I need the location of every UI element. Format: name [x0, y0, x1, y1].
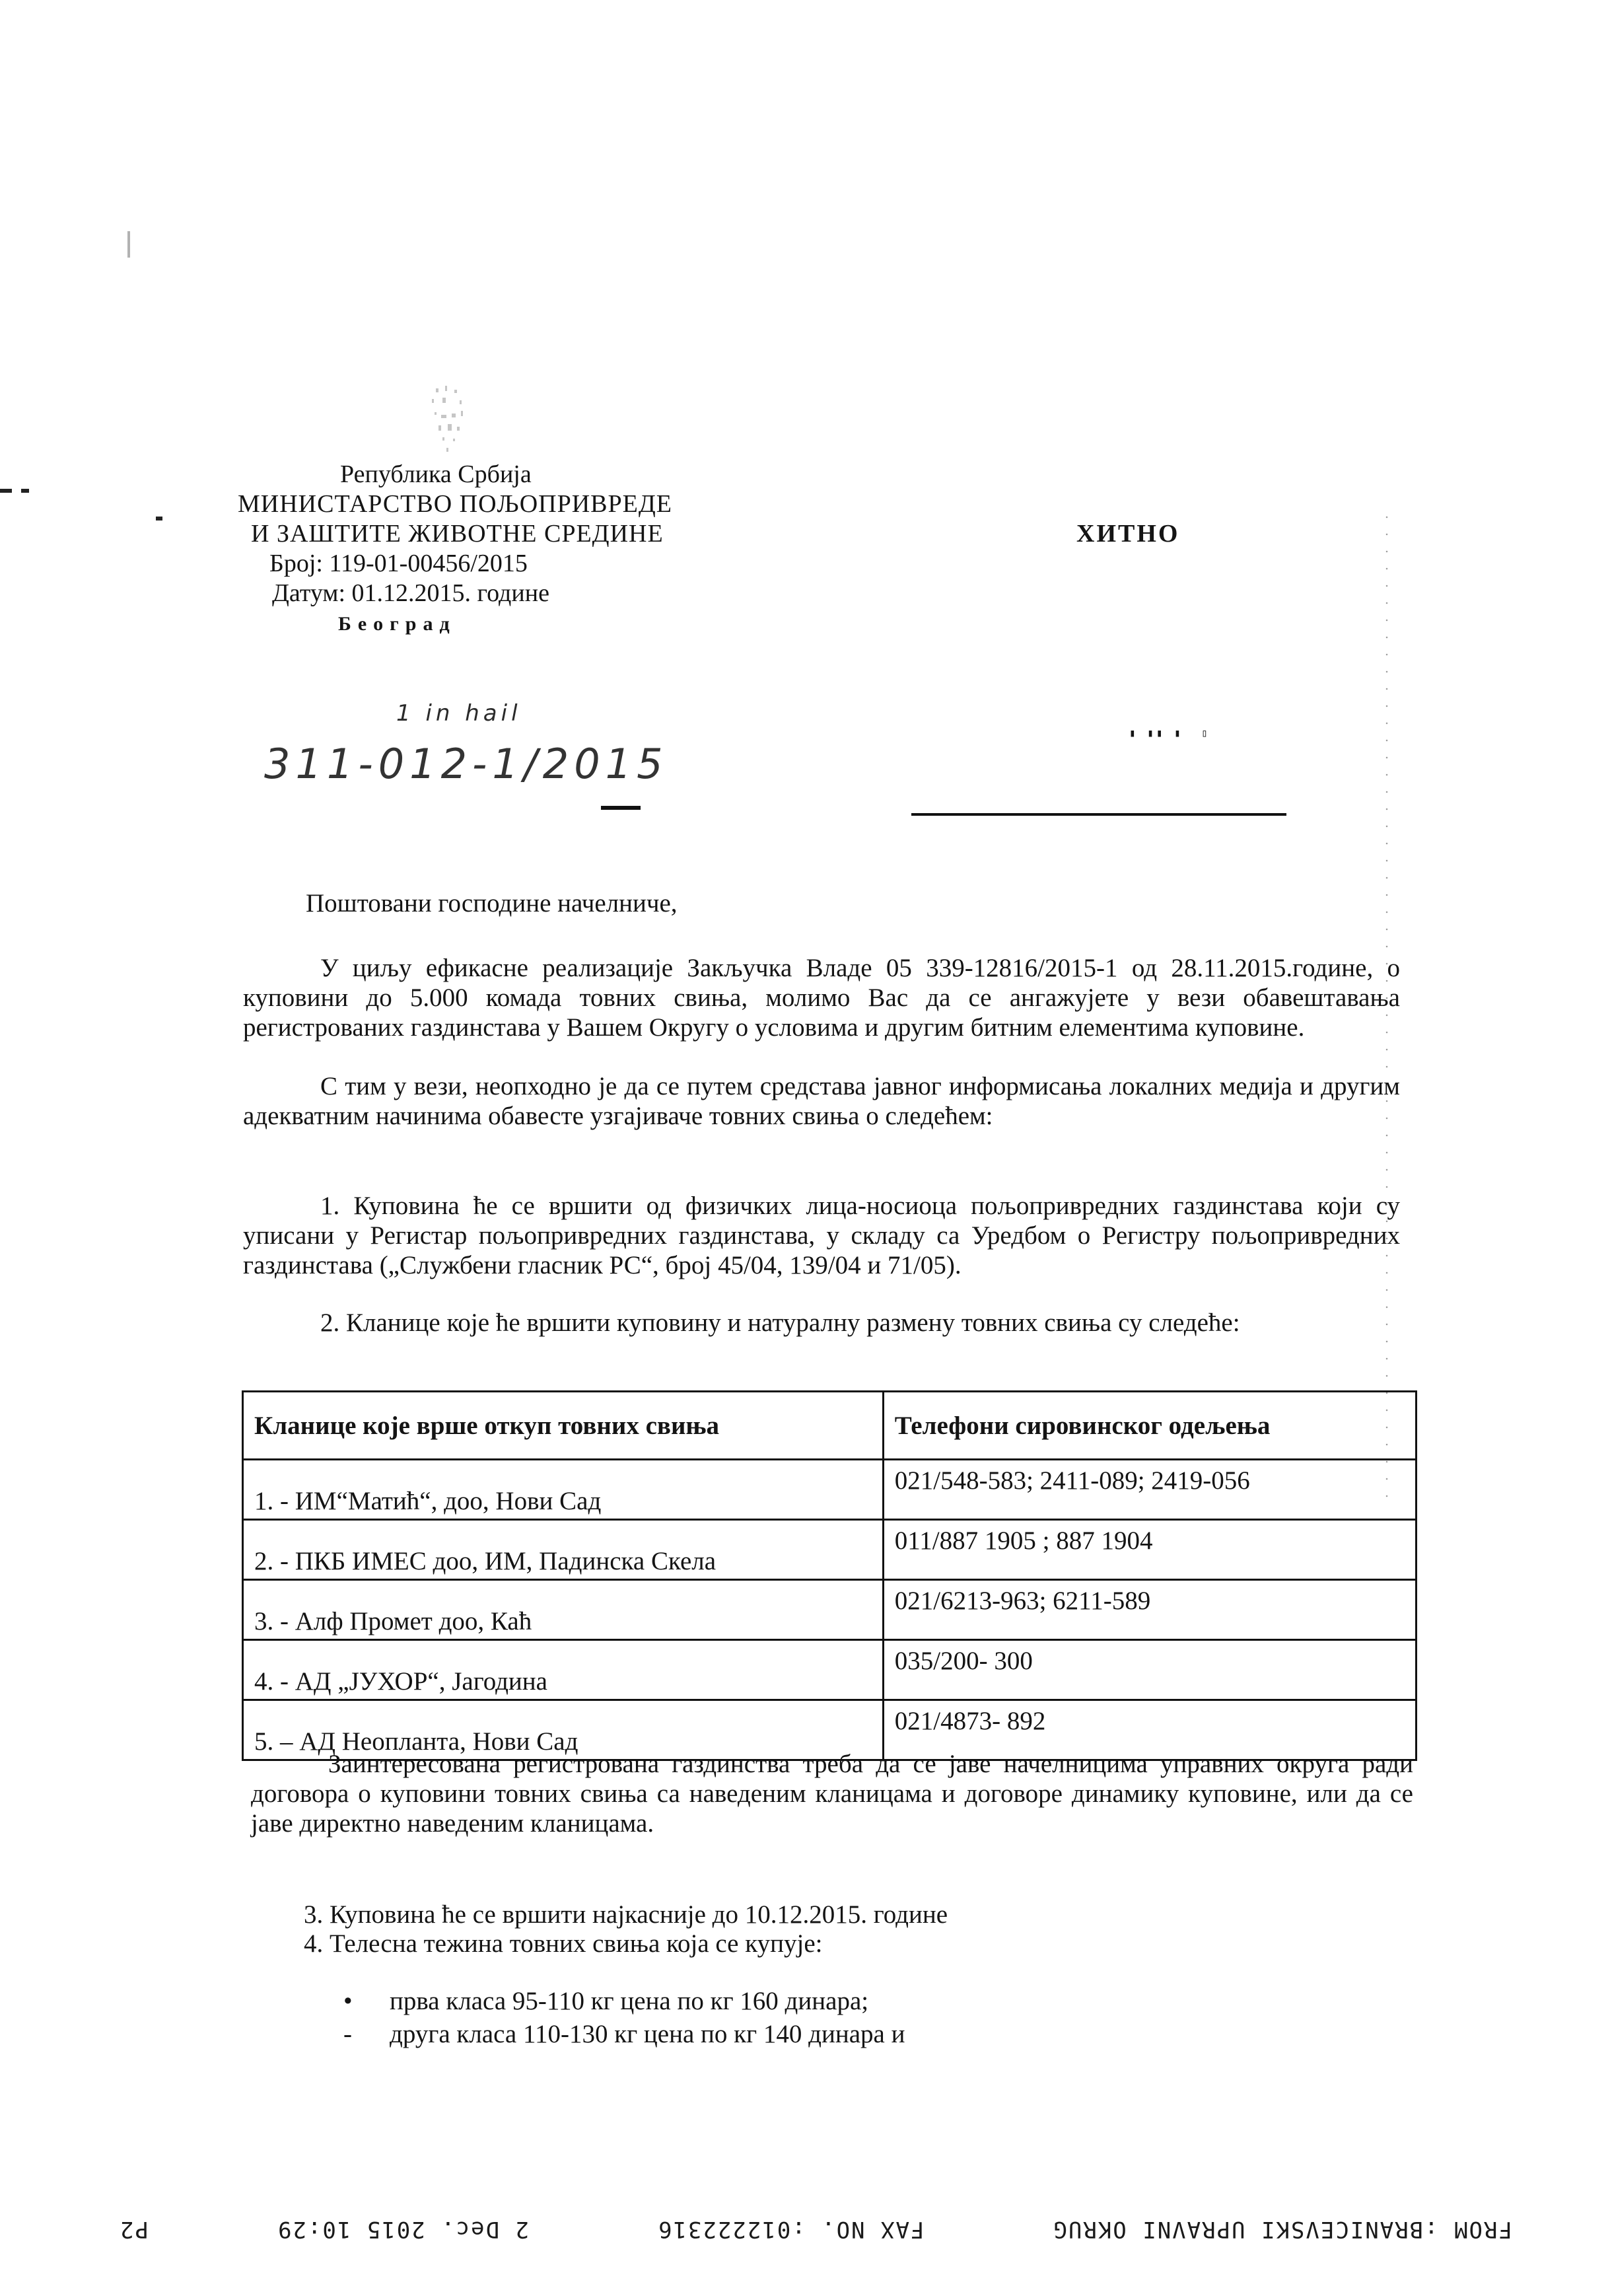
fax-datetime: 2 Dec. 2015 10:29 [277, 2216, 529, 2242]
recipient-line [911, 813, 1286, 816]
document-number: Број: 119-01-00456/2015 [269, 548, 528, 579]
header-republic: Република Србија [340, 459, 532, 489]
handwritten-registration-number: 311-012-1/2015 [264, 740, 668, 788]
item-weight: 4. Телесна тежина товних свиња која се к… [304, 1929, 822, 1958]
fax-from: FROM :BRANICEVSKI UPRAVNI OKRUG [1052, 2216, 1512, 2242]
salutation: Поштовани господине начелниче, [306, 888, 678, 918]
slaughterhouse-phone: 035/200- 300 [883, 1640, 1416, 1700]
fax-page: P2 [119, 2216, 149, 2242]
fax-transmission-header: FROM :BRANICEVSKI UPRAVNI OKRUG FAX NO. … [119, 2216, 1512, 2242]
paragraph-contact-instructions: Заинтересована регистрована газдинства т… [251, 1749, 1413, 1838]
table-row: 4. - АД „ЈУХОР“, Јагодина 035/200- 300 [243, 1640, 1417, 1700]
paragraph-item-1-text: 1. Куповина ће се вршити од физичких лиц… [243, 1191, 1400, 1280]
table-row: 2. - ПКБ ИМЕС доо, ИМ, Падинска Скела 01… [243, 1520, 1417, 1580]
slaughterhouse-table: Кланице које врше откуп товних свиња Тел… [242, 1390, 1417, 1761]
paragraph-notification: С тим у вези, неопходно је да се путем с… [243, 1071, 1400, 1131]
slaughterhouse-name: 2. - ПКБ ИМЕС доо, ИМ, Падинска Скела [243, 1520, 884, 1580]
paragraph-notification-text: С тим у вези, неопходно је да се путем с… [243, 1071, 1400, 1131]
scan-speck [21, 489, 29, 493]
handwritten-underline [601, 806, 641, 810]
paragraph-item-2: 2. Кланице које ће вршити куповину и нат… [243, 1308, 1400, 1338]
bullet-marker: • [343, 1985, 390, 2018]
scanned-fax-page: Република Србија МИНИСТАРСТВО ПОЉОПРИВРЕ… [0, 0, 1610, 2296]
slaughterhouse-phone: 021/548-583; 2411-089; 2419-056 [883, 1460, 1416, 1520]
slaughterhouse-name: 4. - АД „ЈУХОР“, Јагодина [243, 1640, 884, 1700]
header-ministry-line2: И ЗАШТИТЕ ЖИВОТНЕ СРЕДИНЕ [251, 519, 664, 549]
slaughterhouse-name: 1. - ИМ“Матић“, доо, Нови Сад [243, 1460, 884, 1520]
table-header-slaughterhouses: Кланице које врше откуп товних свиња [243, 1392, 884, 1460]
price-class-text: друга класа 110-130 кг цена по кг 140 ди… [390, 2018, 905, 2051]
header-ministry-line1: МИНИСТАРСТВО ПОЉОПРИВРЕДЕ [238, 489, 672, 519]
table-header-phones: Телефони сировинског одељења [883, 1392, 1416, 1460]
table-header-row: Кланице које врше откуп товних свиња Тел… [243, 1392, 1417, 1460]
slaughterhouse-name: 3. - Алф Промет доо, Каћ [243, 1580, 884, 1640]
item-deadline: 3. Куповина ће се вршити најкасније до 1… [304, 1900, 948, 1929]
document-city: Београд [338, 609, 456, 639]
coat-of-arms-icon [423, 383, 475, 456]
scan-speck [0, 489, 12, 493]
table-row: 3. - Алф Промет доо, Каћ 021/6213-963; 6… [243, 1580, 1417, 1640]
stamp-mark: ▮ ▮▮ ▮ ▯ [1129, 727, 1210, 739]
urgent-label: ХИТНО [1076, 519, 1179, 548]
paragraph-intro-text: У циљу ефикасне реализације Закључка Вла… [243, 953, 1400, 1042]
paragraph-intro: У циљу ефикасне реализације Закључка Вла… [243, 953, 1400, 1042]
table-row: 1. - ИМ“Матић“, доо, Нови Сад 021/548-58… [243, 1460, 1417, 1520]
slaughterhouse-phone: 011/887 1905 ; 887 1904 [883, 1520, 1416, 1580]
document-date: Датум: 01.12.2015. године [272, 578, 549, 608]
handwritten-note: 1 in hail [396, 700, 522, 727]
scan-speck [156, 517, 162, 520]
bullet-marker: - [343, 2018, 390, 2051]
fax-number: FAX NO. :012222316 [657, 2216, 924, 2242]
slaughterhouse-phone: 021/6213-963; 6211-589 [883, 1580, 1416, 1640]
price-class-text: прва класа 95-110 кг цена по кг 160 дина… [390, 1985, 868, 2018]
paragraph-contact-instructions-text: Заинтересована регистрована газдинства т… [251, 1749, 1413, 1838]
list-item: - друга класа 110-130 кг цена по кг 140 … [343, 2018, 905, 2051]
scan-speck [127, 231, 130, 258]
paragraph-item-1: 1. Куповина ће се вршити од физичких лиц… [243, 1191, 1400, 1280]
price-class-list: • прва класа 95-110 кг цена по кг 160 ди… [343, 1985, 905, 2051]
paragraph-item-2-text: 2. Кланице које ће вршити куповину и нат… [243, 1308, 1400, 1338]
list-item: • прва класа 95-110 кг цена по кг 160 ди… [343, 1985, 905, 2018]
